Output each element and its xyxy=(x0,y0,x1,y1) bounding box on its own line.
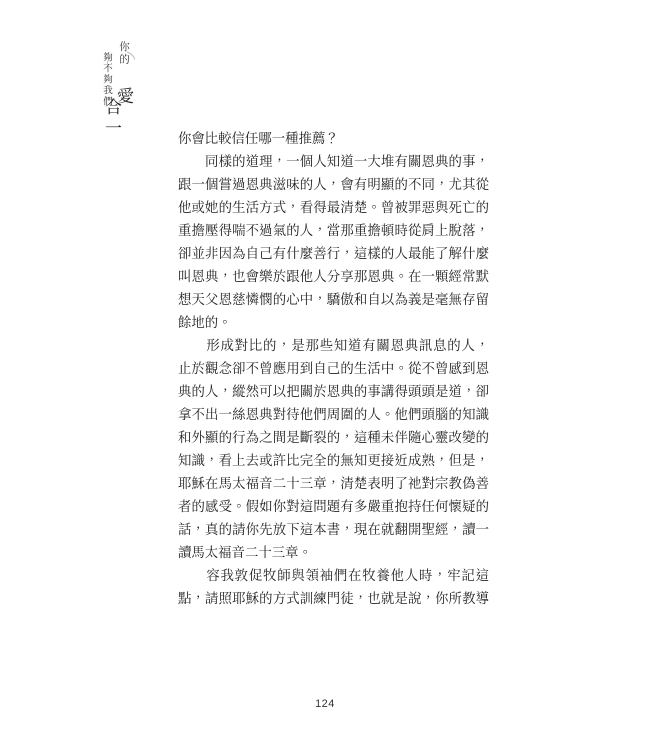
page-number: 124 xyxy=(0,698,650,710)
text-line: 點，請照耶穌的方式訓練門徒，也就是說，你所教導 xyxy=(178,587,489,610)
text-line: 讀馬太福音二十三章。 xyxy=(178,541,489,564)
text-line: 者的感受。假如你對這問題有多嚴重抱持任何懷疑的 xyxy=(178,495,489,518)
text-line: 拿不出一絲恩典對待他們周圍的人。他們頭腦的知識 xyxy=(178,403,489,426)
book-page: 你的 愛 夠不夠我們 合一 你會比較信任哪一種推薦？ 同樣的道理，一個人知道一大… xyxy=(0,0,650,750)
text-line: 形成對比的，是那些知道有關恩典訊息的人， xyxy=(178,334,489,357)
text-line: 叫恩典，也會樂於跟他人分享那恩典。在一顆經常默 xyxy=(178,265,489,288)
text-line: 重擔壓得喘不過氣的人，當那重擔頓時從肩上脫落， xyxy=(178,219,489,242)
text-line: 跟一個嘗過恩典滋味的人，會有明顯的不同，尤其從 xyxy=(178,173,489,196)
text-line: 知識，看上去或許比完全的無知更接近成熟，但是， xyxy=(178,449,489,472)
text-line: 卻並非因為自己有什麼善行，這樣的人最能了解什麼 xyxy=(178,242,489,265)
text-line: 話，真的請你先放下這本書，現在就翻開聖經，讀一 xyxy=(178,518,489,541)
text-line: 餘地的。 xyxy=(178,311,489,334)
text-line: 容我敦促牧師與領袖們在牧養他人時，牢記這 xyxy=(178,564,489,587)
text-line: 止於觀念卻不曾應用到自己的生活中。從不曾感到恩 xyxy=(178,357,489,380)
logo-title-column-right: 你的 愛 xyxy=(114,41,133,104)
text-line: 想天父恩慈憐憫的心中，驕傲和自以為義是毫無存留 xyxy=(178,288,489,311)
text-line: 和外顯的行為之間是斷裂的，這種未伴隨心靈改變的 xyxy=(178,426,489,449)
logo-title-bottom: 合一 xyxy=(102,98,121,140)
text-line: 耶穌在馬太福音二十三章，清楚表明了祂對宗教偽善 xyxy=(178,472,489,495)
text-line: 他或她的生活方式，看得最清楚。曾被罪惡與死亡的 xyxy=(178,196,489,219)
text-line: 同樣的道理，一個人知道一大堆有關恩典的事， xyxy=(178,150,489,173)
body-text: 你會比較信任哪一種推薦？ 同樣的道理，一個人知道一大堆有關恩典的事，跟一個嘗過恩… xyxy=(178,127,489,610)
text-line: 你會比較信任哪一種推薦？ xyxy=(178,127,489,150)
logo-subtitle-top: 你的 xyxy=(118,41,129,66)
text-line: 典的人，縱然可以把關於恩典的事講得頭頭是道，卻 xyxy=(178,380,489,403)
